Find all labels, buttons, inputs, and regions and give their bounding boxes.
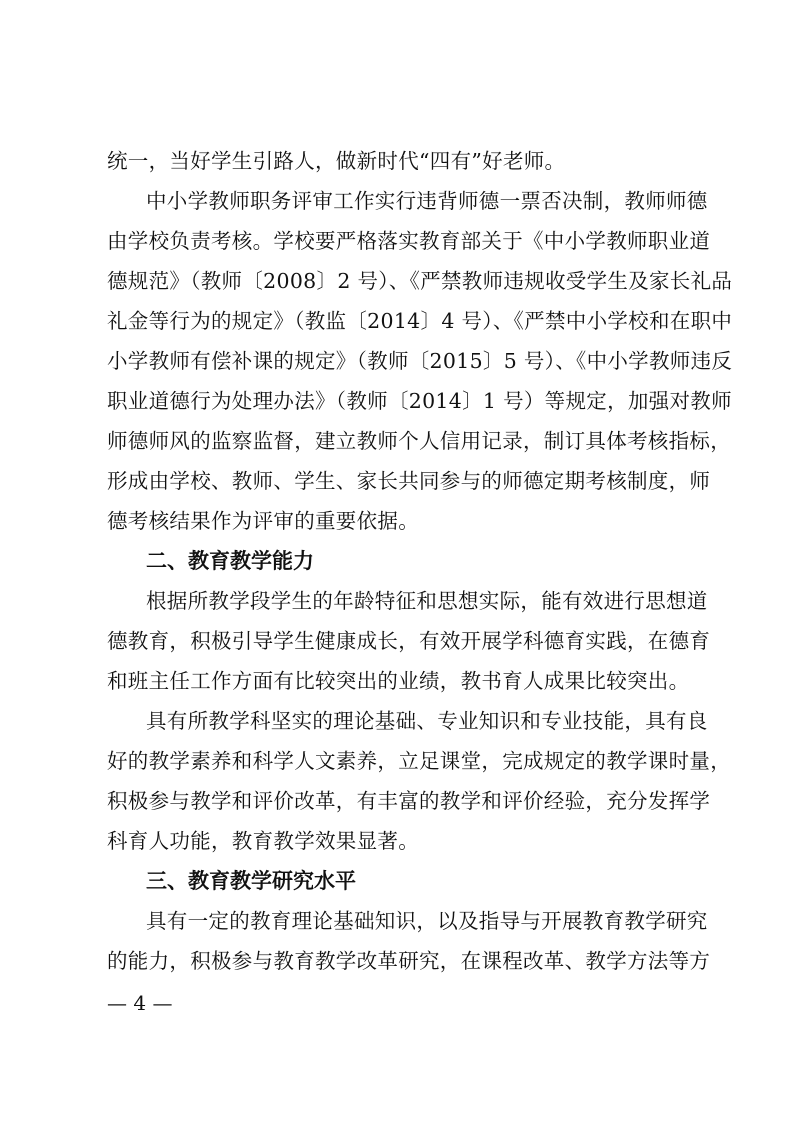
- paragraph-line: 德教育，积极引导学生健康成长，有效开展学科德育实践，在德育: [107, 626, 701, 656]
- section-heading-3: 三、教育教学研究水平: [146, 866, 356, 896]
- paragraph-line: 由学校负责考核。学校要严格落实教育部关于《中小学教师职业道: [107, 226, 701, 256]
- section-heading-2: 二、教育教学能力: [146, 546, 314, 576]
- paragraph-line: 形成由学校、教师、学生、家长共同参与的师德定期考核制度，师: [107, 466, 701, 496]
- paragraph-line: 的能力，积极参与教育教学改革研究，在课程改革、教学方法等方: [107, 946, 701, 976]
- paragraph-line: 具有所教学科坚实的理论基础、专业知识和专业技能，具有良: [146, 706, 701, 736]
- paragraph-line: 具有一定的教育理论基础知识，以及指导与开展教育教学研究: [146, 906, 701, 936]
- paragraph-line: 根据所教学段学生的年龄特征和思想实际，能有效进行思想道: [146, 586, 701, 616]
- paragraph-line: 德考核结果作为评审的重要依据。: [107, 506, 701, 536]
- paragraph-line: 好的教学素养和科学人文素养，立足课堂，完成规定的教学课时量，: [107, 746, 701, 776]
- paragraph-line: 和班主任工作方面有比较突出的业绩，教书育人成果比较突出。: [107, 666, 701, 696]
- document-page: 统一，当好学生引路人，做新时代“四有”好老师。 中小学教师职务评审工作实行违背师…: [0, 0, 793, 1122]
- paragraph-line: 小学教师有偿补课的规定》（教师〔2015〕5 号）、《中小学教师违反: [107, 346, 701, 376]
- paragraph-line: 统一，当好学生引路人，做新时代“四有”好老师。: [107, 146, 701, 176]
- paragraph-line: 职业道德行为处理办法》（教师〔2014〕1 号）等规定，加强对教师: [107, 386, 701, 416]
- page-number: — 4 —: [107, 988, 172, 1018]
- paragraph-line: 积极参与教学和评价改革，有丰富的教学和评价经验，充分发挥学: [107, 786, 701, 816]
- paragraph-line: 中小学教师职务评审工作实行违背师德一票否决制，教师师德: [146, 186, 701, 216]
- paragraph-line: 礼金等行为的规定》（教监〔2014〕4 号）、《严禁中小学校和在职中: [107, 306, 701, 336]
- paragraph-line: 德规范》（教师〔2008〕2 号）、《严禁教师违规收受学生及家长礼品: [107, 266, 701, 296]
- paragraph-line: 师德师风的监察监督，建立教师个人信用记录，制订具体考核指标，: [107, 426, 701, 456]
- paragraph-line: 科育人功能，教育教学效果显著。: [107, 826, 701, 856]
